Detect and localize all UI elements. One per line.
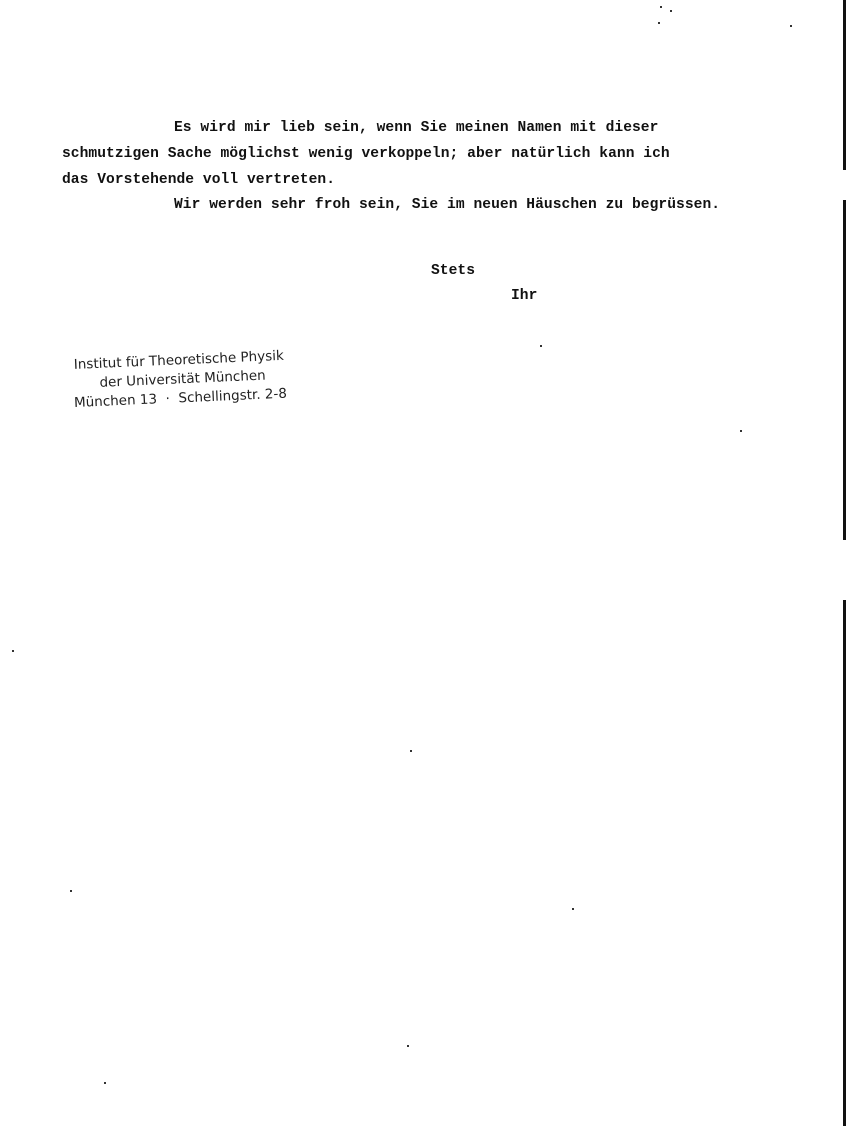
scan-speck <box>660 6 662 8</box>
scan-speck <box>540 345 542 347</box>
paragraph-1-line-1: Es wird mir lieb sein, wenn Sie meinen N… <box>174 120 658 136</box>
scan-speck <box>70 890 72 892</box>
scan-edge-gap <box>842 540 847 600</box>
scan-speck <box>740 430 742 432</box>
signature-line: Ihr <box>511 288 537 304</box>
scanned-letter-page: Es wird mir lieb sein, wenn Sie meinen N… <box>0 0 850 1126</box>
paragraph-2-line-1: Wir werden sehr froh sein, Sie im neuen … <box>174 197 720 213</box>
institute-stamp: Institut für Theoretische Physik der Uni… <box>72 347 287 413</box>
scan-speck <box>670 10 672 12</box>
scan-edge-gap <box>842 170 847 200</box>
scan-speck <box>407 1045 409 1047</box>
closing-salutation: Stets <box>431 263 475 279</box>
scan-speck <box>410 750 412 752</box>
paragraph-1-line-2: schmutzigen Sache möglichst wenig verkop… <box>62 146 670 162</box>
scan-speck <box>572 908 574 910</box>
scan-speck <box>658 22 660 24</box>
scan-speck <box>790 25 792 27</box>
paragraph-1-line-3: das Vorstehende voll vertreten. <box>62 172 335 188</box>
scan-speck <box>12 650 14 652</box>
scan-speck <box>104 1082 106 1084</box>
